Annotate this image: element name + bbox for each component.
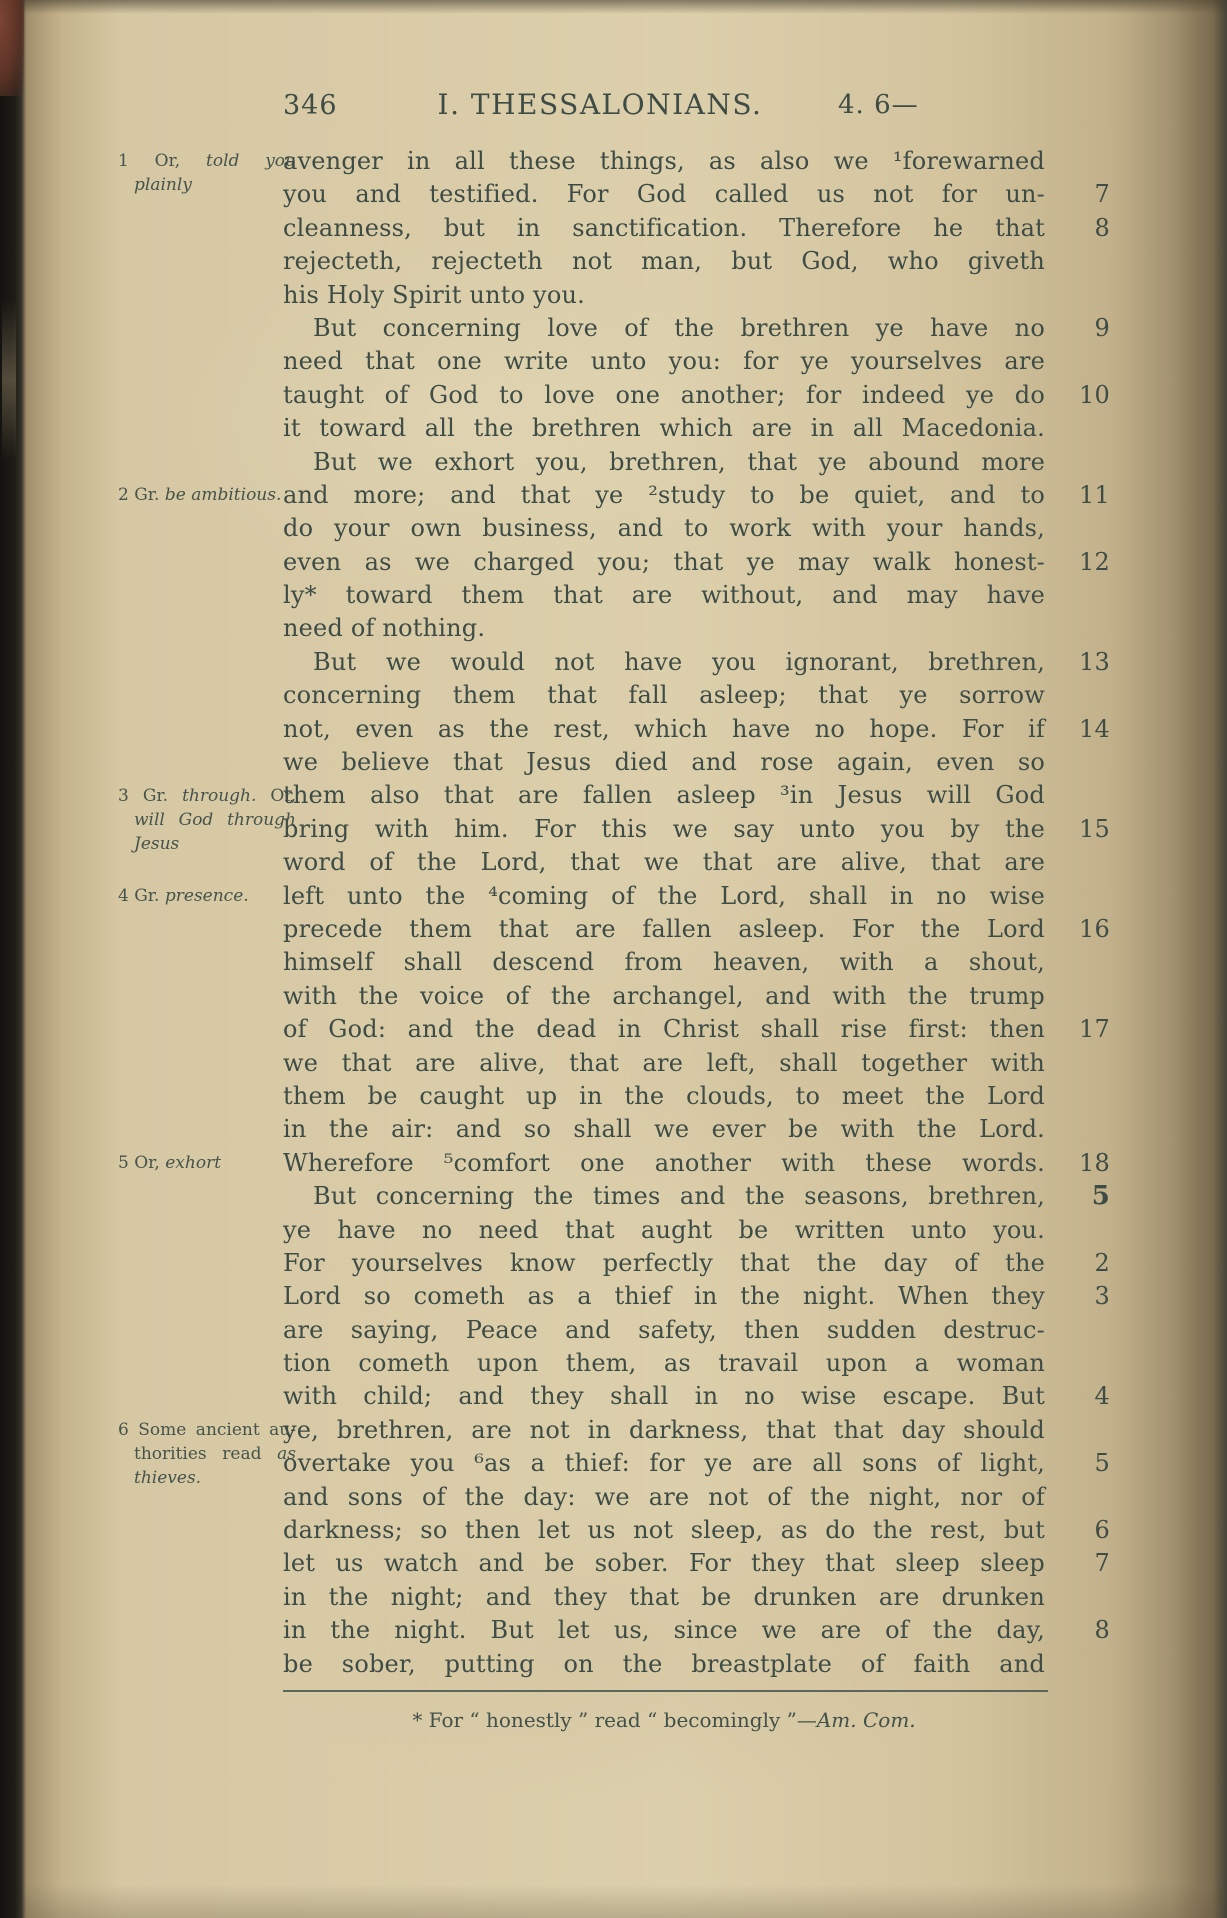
- verse-text: in the night. But let us, since we are o…: [283, 1614, 1045, 1647]
- verse-text: them be caught up in the clouds, to meet…: [283, 1080, 1045, 1113]
- verse-text: Lord so cometh as a thief in the night. …: [283, 1280, 1045, 1313]
- text-line: need of nothing.: [283, 612, 1110, 645]
- text-line: them also that are fallen asleep ³in Jes…: [283, 779, 1110, 812]
- text-line: left unto the ⁴coming of the Lord, shall…: [283, 880, 1110, 913]
- italic-text: plainly: [134, 175, 192, 195]
- margin-note-6: 6 Some ancient au-thorities read asthiev…: [118, 1418, 296, 1490]
- text-line: rejecteth, rejecteth not man, but God, w…: [283, 245, 1110, 278]
- verse-text: For yourselves know perfectly that the d…: [283, 1247, 1045, 1280]
- text-line: be sober, putting on the breastplate of …: [283, 1648, 1110, 1681]
- verse-text: But concerning the times and the seasons…: [283, 1180, 1045, 1213]
- text-line: But we would not have you ignorant, bret…: [283, 646, 1110, 679]
- verse-text: avenger in all these things, as also we …: [283, 145, 1045, 178]
- margin-note-1: 1 Or, told youplainly: [118, 149, 296, 197]
- text-line: precede them that are fallen asleep. For…: [283, 913, 1110, 946]
- roman-text: 4 Gr.: [118, 886, 165, 906]
- verse-text: with child; and they shall in no wise es…: [283, 1380, 1045, 1413]
- text-line: Wherefore ⁵comfort one another with thes…: [283, 1147, 1110, 1180]
- roman-text: 3 Gr.: [118, 786, 182, 806]
- text-line: you and testified. For God called us not…: [283, 178, 1110, 211]
- book-page: 346 I. THESSALONIANS. 4. 6— 1 Or, told y…: [0, 0, 1227, 1918]
- verse-text: with the voice of the archangel, and wit…: [283, 980, 1045, 1013]
- text-line: even as we charged you; that ye may walk…: [283, 546, 1110, 579]
- margin-note-5: 5 Or, exhort: [118, 1151, 296, 1175]
- verse-number: 7: [1050, 178, 1110, 211]
- roman-text: 1 Or,: [118, 151, 206, 171]
- page-number: 346: [283, 90, 338, 121]
- verse-text: in the air: and so shall we ever be with…: [283, 1113, 1045, 1146]
- verse-text: overtake you ⁶as a thief: for ye are all…: [283, 1447, 1045, 1480]
- verse-text: them also that are fallen asleep ³in Jes…: [283, 779, 1045, 812]
- verse-text: his Holy Spirit unto you.: [283, 279, 1045, 312]
- roman-text: 5 Or,: [118, 1153, 165, 1173]
- verse-text: ye, brethren, are not in darkness, that …: [283, 1414, 1045, 1447]
- text-line: with the voice of the archangel, and wit…: [283, 980, 1110, 1013]
- verse-number: 2: [1050, 1247, 1110, 1280]
- text-line: ye, brethren, are not in darkness, that …: [283, 1414, 1110, 1447]
- text-line: his Holy Spirit unto you.: [283, 279, 1110, 312]
- italic-text: will God through: [134, 810, 296, 830]
- text-line: not, even as the rest, which have no hop…: [283, 713, 1110, 746]
- text-line: avenger in all these things, as also we …: [283, 145, 1110, 178]
- text-line: bring with him. For this we say unto you…: [283, 813, 1110, 846]
- margin-note-line: thieves.: [134, 1466, 296, 1490]
- text-line: we that are alive, that are left, shall …: [283, 1047, 1110, 1080]
- text-line: in the air: and so shall we ever be with…: [283, 1113, 1110, 1146]
- verse-text: and sons of the day: we are not of the n…: [283, 1481, 1045, 1514]
- verse-number: 12: [1050, 546, 1110, 579]
- verse-number: 9: [1050, 312, 1110, 345]
- verse-text: we that are alive, that are left, shall …: [283, 1047, 1045, 1080]
- margin-note-line: 3 Gr. through. Or,: [134, 784, 296, 808]
- text-line: and sons of the day: we are not of the n…: [283, 1481, 1110, 1514]
- text-line: we believe that Jesus died and rose agai…: [283, 746, 1110, 779]
- text-line: himself shall descend from heaven, with …: [283, 946, 1110, 979]
- roman-text: * For “ honestly ” read “ becomingly ”—: [412, 1708, 817, 1732]
- margin-note-line: 6 Some ancient au-: [134, 1418, 296, 1442]
- margin-note-line: 2 Gr. be ambitious.: [134, 483, 296, 507]
- italic-text: through.: [182, 786, 256, 806]
- chapter-verse-ref: 4. 6—: [838, 90, 919, 120]
- text-line: overtake you ⁶as a thief: for ye are all…: [283, 1447, 1110, 1480]
- text-line: But we exhort you, brethren, that ye abo…: [283, 446, 1110, 479]
- italic-text: Jesus: [134, 834, 179, 854]
- verse-text: need of nothing.: [283, 612, 1045, 645]
- verse-text: concerning them that fall asleep; that y…: [283, 679, 1045, 712]
- text-line: darkness; so then let us not sleep, as d…: [283, 1514, 1110, 1547]
- text-line: But concerning the times and the seasons…: [283, 1180, 1110, 1213]
- verse-text: precede them that are fallen asleep. For…: [283, 913, 1045, 946]
- verse-number: 3: [1050, 1280, 1110, 1313]
- verse-number: 5: [1050, 1447, 1110, 1480]
- verse-number: 14: [1050, 713, 1110, 746]
- verse-number: 16: [1050, 913, 1110, 946]
- text-line: word of the Lord, that we that are alive…: [283, 846, 1110, 879]
- italic-text: exhort: [165, 1153, 221, 1173]
- scripture-text-column: avenger in all these things, as also we …: [283, 145, 1110, 1681]
- verse-text: be sober, putting on the breastplate of …: [283, 1648, 1045, 1681]
- verse-text: need that one write unto you: for ye you…: [283, 345, 1045, 378]
- text-line: in the night; and they that be drunken a…: [283, 1581, 1110, 1614]
- book-title: I. THESSALONIANS.: [438, 88, 763, 121]
- verse-text: left unto the ⁴coming of the Lord, shall…: [283, 880, 1045, 913]
- margin-note-line: plainly: [134, 173, 296, 197]
- text-line: cleanness, but in sanctification. Theref…: [283, 212, 1110, 245]
- text-line: But concerning love of the brethren ye h…: [283, 312, 1110, 345]
- verse-number: 15: [1050, 813, 1110, 846]
- margin-note-line: 4 Gr. presence.: [134, 884, 296, 908]
- verse-text: rejecteth, rejecteth not man, but God, w…: [283, 245, 1045, 278]
- verse-text: darkness; so then let us not sleep, as d…: [283, 1514, 1045, 1547]
- verse-number: 8: [1050, 212, 1110, 245]
- verse-text: in the night; and they that be drunken a…: [283, 1581, 1045, 1614]
- verse-text: ye have no need that aught be written un…: [283, 1214, 1045, 1247]
- italic-text: be ambitious.: [165, 485, 282, 505]
- text-line: ly* toward them that are without, and ma…: [283, 579, 1110, 612]
- text-line: let us watch and be sober. For they that…: [283, 1547, 1110, 1580]
- verse-text: cleanness, but in sanctification. Theref…: [283, 212, 1045, 245]
- verse-text: it toward all the brethren which are in …: [283, 412, 1045, 445]
- text-line: with child; and they shall in no wise es…: [283, 1380, 1110, 1413]
- text-line: are saying, Peace and safety, then sudde…: [283, 1314, 1110, 1347]
- verse-text: tion cometh upon them, as travail upon a…: [283, 1347, 1045, 1380]
- verse-text: himself shall descend from heaven, with …: [283, 946, 1045, 979]
- text-line: Lord so cometh as a thief in the night. …: [283, 1280, 1110, 1313]
- margin-note-4: 4 Gr. presence.: [118, 884, 296, 908]
- verse-text: Wherefore ⁵comfort one another with thes…: [283, 1147, 1045, 1180]
- verse-text: word of the Lord, that we that are alive…: [283, 846, 1045, 879]
- verse-text: even as we charged you; that ye may walk…: [283, 546, 1045, 579]
- text-line: concerning them that fall asleep; that y…: [283, 679, 1110, 712]
- text-line: it toward all the brethren which are in …: [283, 412, 1110, 445]
- verse-text: let us watch and be sober. For they that…: [283, 1547, 1045, 1580]
- chapter-number: 5: [1050, 1180, 1110, 1213]
- verse-text: But we would not have you ignorant, bret…: [283, 646, 1045, 679]
- margin-note-line: 1 Or, told you: [134, 149, 296, 173]
- verse-number: 7: [1050, 1547, 1110, 1580]
- margin-note-2: 2 Gr. be ambitious.: [118, 483, 296, 507]
- verse-number: 6: [1050, 1514, 1110, 1547]
- verse-text: we believe that Jesus died and rose agai…: [283, 746, 1045, 779]
- roman-text: thorities read: [134, 1444, 277, 1464]
- margin-note-line: thorities read as: [134, 1442, 296, 1466]
- text-line: tion cometh upon them, as travail upon a…: [283, 1347, 1110, 1380]
- footnote-divider: [283, 1690, 1048, 1692]
- footnote: * For “ honestly ” read “ becomingly ”—A…: [283, 1708, 1045, 1732]
- margin-note-line: 5 Or, exhort: [134, 1151, 296, 1175]
- verse-number: 18: [1050, 1147, 1110, 1180]
- roman-text: 2 Gr.: [118, 485, 165, 505]
- margin-note-line: will God through: [134, 808, 296, 832]
- text-line: need that one write unto you: for ye you…: [283, 345, 1110, 378]
- verse-text: you and testified. For God called us not…: [283, 178, 1045, 211]
- verse-number: 11: [1050, 479, 1110, 512]
- text-line: For yourselves know perfectly that the d…: [283, 1247, 1110, 1280]
- verse-number: 13: [1050, 646, 1110, 679]
- margin-notes-column: 1 Or, told youplainly 2 Gr. be ambitious…: [0, 0, 283, 1918]
- verse-text: ly* toward them that are without, and ma…: [283, 579, 1045, 612]
- verse-text: bring with him. For this we say unto you…: [283, 813, 1045, 846]
- verse-number: 10: [1050, 379, 1110, 412]
- italic-text: thieves.: [134, 1468, 201, 1488]
- verse-text: But concerning love of the brethren ye h…: [283, 312, 1045, 345]
- verse-number: 4: [1050, 1380, 1110, 1413]
- text-line: taught of God to love one another; for i…: [283, 379, 1110, 412]
- verse-text: taught of God to love one another; for i…: [283, 379, 1045, 412]
- verse-number: 17: [1050, 1013, 1110, 1046]
- verse-text: and more; and that ye ²study to be quiet…: [283, 479, 1045, 512]
- text-line: of God: and the dead in Christ shall ris…: [283, 1013, 1110, 1046]
- text-line: them be caught up in the clouds, to meet…: [283, 1080, 1110, 1113]
- text-line: in the night. But let us, since we are o…: [283, 1614, 1110, 1647]
- page-edge-shading: [1107, 0, 1227, 1918]
- verse-text: do your own business, and to work with y…: [283, 512, 1045, 545]
- margin-note-3: 3 Gr. through. Or,will God throughJesus: [118, 784, 296, 856]
- italic-text: Am. Com.: [817, 1708, 916, 1732]
- italic-text: presence.: [165, 886, 249, 906]
- verse-text: not, even as the rest, which have no hop…: [283, 713, 1045, 746]
- verse-number: 8: [1050, 1614, 1110, 1647]
- verse-text: of God: and the dead in Christ shall ris…: [283, 1013, 1045, 1046]
- verse-text: are saying, Peace and safety, then sudde…: [283, 1314, 1045, 1347]
- text-line: ye have no need that aught be written un…: [283, 1214, 1110, 1247]
- roman-text: 6 Some ancient au-: [118, 1420, 296, 1440]
- verse-text: But we exhort you, brethren, that ye abo…: [283, 446, 1045, 479]
- margin-note-line: Jesus: [134, 832, 296, 856]
- text-line: and more; and that ye ²study to be quiet…: [283, 479, 1110, 512]
- text-line: do your own business, and to work with y…: [283, 512, 1110, 545]
